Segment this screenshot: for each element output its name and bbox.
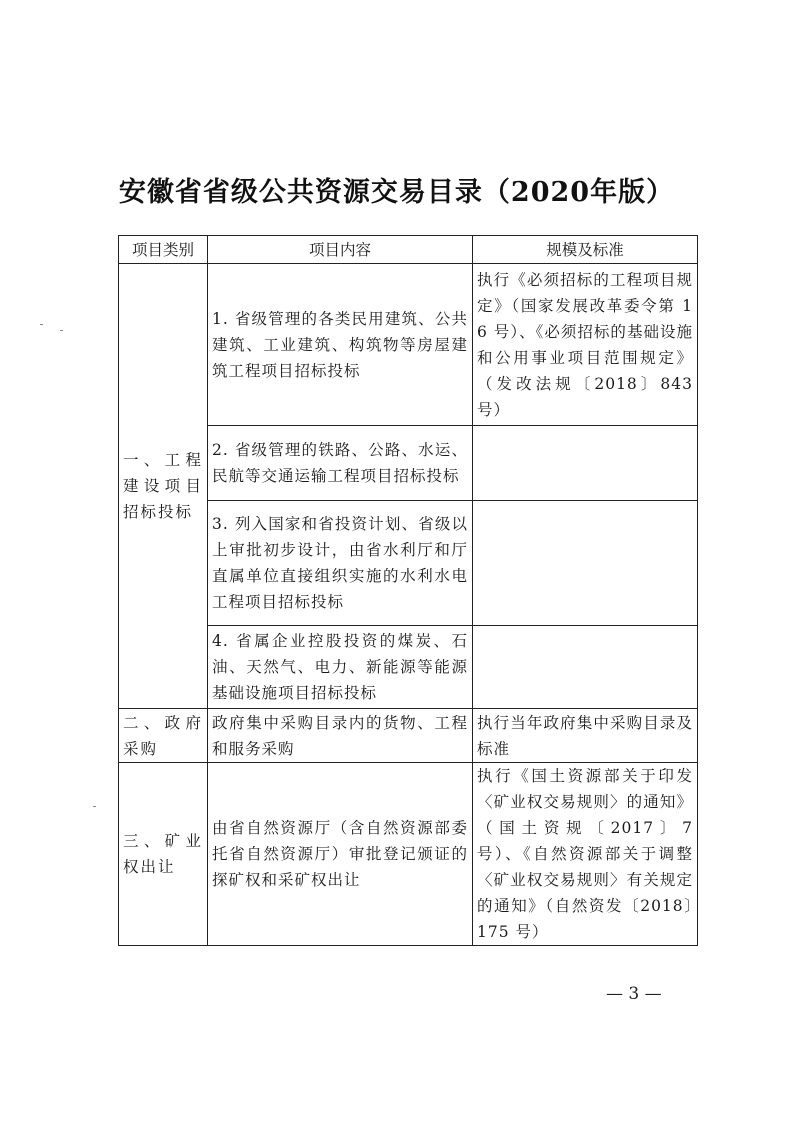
table-row: 一、工程建设项目招标投标 1. 省级管理的各类民用建筑、公共建筑、工业建筑、构筑… <box>119 264 698 426</box>
scan-artifact <box>40 324 43 325</box>
scan-artifact <box>93 806 96 807</box>
content-cell: 4. 省属企业控股投资的煤炭、石油、天然气、电力、新能源等能源基础设施项目招标投… <box>208 626 473 709</box>
category-cell-mining-rights: 三、矿业权出让 <box>119 763 208 946</box>
standard-cell: 执行《必须招标的工程项目规定》（国家发展改革委令第 16 号）、《必须招标的基础… <box>473 264 698 426</box>
content-cell: 1. 省级管理的各类民用建筑、公共建筑、工业建筑、构筑物等房屋建筑工程项目招标投… <box>208 264 473 426</box>
content-cell: 由省自然资源厅（含自然资源部委托省自然资源厅）审批登记颁证的探矿权和采矿权出让 <box>208 763 473 946</box>
table-row: 三、矿业权出让 由省自然资源厅（含自然资源部委托省自然资源厅）审批登记颁证的探矿… <box>119 763 698 946</box>
page-number: — 3 — <box>606 984 662 1004</box>
header-category: 项目类别 <box>119 236 208 264</box>
standard-cell <box>473 426 698 501</box>
category-cell-procurement: 二、政府采购 <box>119 709 208 763</box>
standard-cell: 执行《国土资源部关于印发〈矿业权交易规则〉的通知》（国土资规〔2017〕7 号）… <box>473 763 698 946</box>
standard-cell: 执行当年政府集中采购目录及标准 <box>473 709 698 763</box>
standard-cell <box>473 501 698 626</box>
content-cell: 3. 列入国家和省投资计划、省级以上审批初步设计，由省水利厅和厅直属单位直接组织… <box>208 501 473 626</box>
header-standard: 规模及标准 <box>473 236 698 264</box>
category-cell-engineering: 一、工程建设项目招标投标 <box>119 264 208 709</box>
resource-catalog-table: 项目类别 项目内容 规模及标准 一、工程建设项目招标投标 1. 省级管理的各类民… <box>118 235 698 946</box>
table-header-row: 项目类别 项目内容 规模及标准 <box>119 236 698 264</box>
content-cell: 2. 省级管理的铁路、公路、水运、民航等交通运输工程项目招标投标 <box>208 426 473 501</box>
table-row: 二、政府采购 政府集中采购目录内的货物、工程和服务采购 执行当年政府集中采购目录… <box>119 709 698 763</box>
scan-artifact <box>60 330 63 331</box>
header-content: 项目内容 <box>208 236 473 264</box>
standard-cell <box>473 626 698 709</box>
content-cell: 政府集中采购目录内的货物、工程和服务采购 <box>208 709 473 763</box>
page-title: 安徽省省级公共资源交易目录（2020年版） <box>0 170 793 209</box>
